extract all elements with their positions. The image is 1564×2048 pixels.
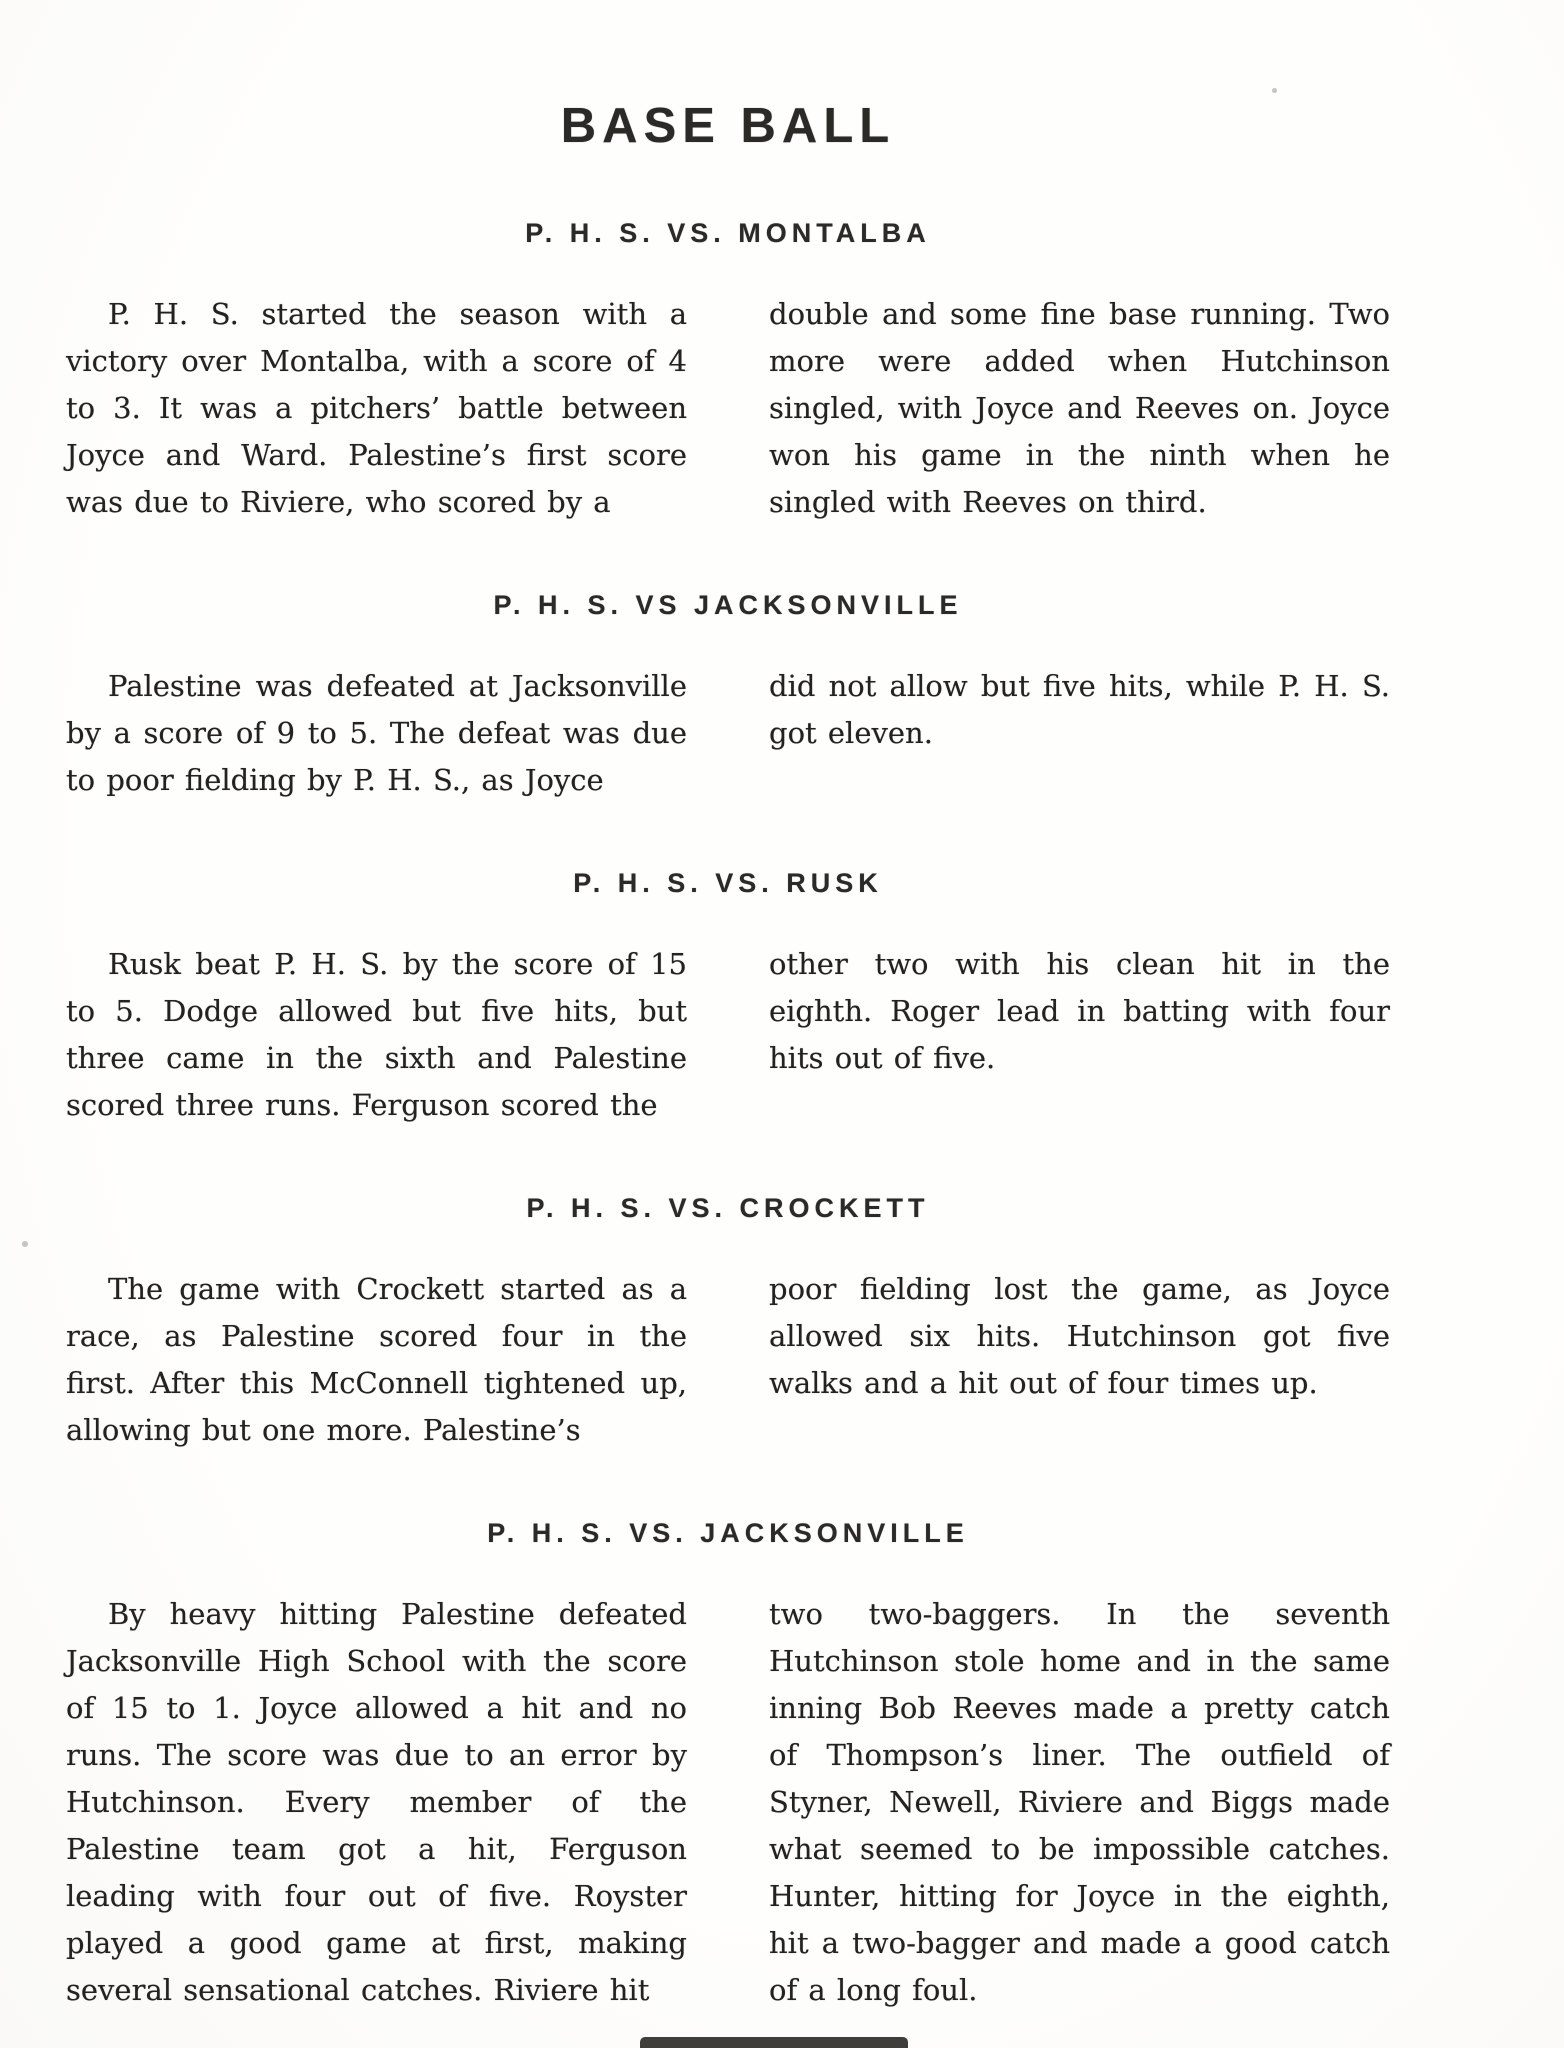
section-heading: P. H. S. VS. CROCKETT: [66, 1193, 1390, 1224]
two-column-text: Palestine was defeated at Jacksonville b…: [66, 663, 1390, 804]
section-heading: P. H. S. VS. JACKSONVILLE: [66, 1518, 1390, 1549]
right-column: other two with his clean hit in the eigh…: [769, 941, 1390, 1129]
left-column: By heavy hitting Palestine defeated Jack…: [66, 1591, 687, 2014]
left-column: P. H. S. started the season with a victo…: [66, 291, 687, 526]
left-column: The game with Crockett started as a race…: [66, 1266, 687, 1454]
section-heading: P. H. S. VS JACKSONVILLE: [66, 590, 1390, 621]
right-column: did not allow but five hits, while P. H.…: [769, 663, 1390, 804]
two-column-text: The game with Crockett started as a race…: [66, 1266, 1390, 1454]
section-heading: P. H. S. VS. MONTALBA: [66, 218, 1390, 249]
scan-artifact-bar: [640, 2037, 908, 2048]
right-column: poor fielding lost the game, as Joyce al…: [769, 1266, 1390, 1454]
right-column: double and some fine base running. Two m…: [769, 291, 1390, 526]
two-column-text: By heavy hitting Palestine defeated Jack…: [66, 1591, 1390, 2014]
left-column: Rusk beat P. H. S. by the score of 15 to…: [66, 941, 687, 1129]
two-column-text: Rusk beat P. H. S. by the score of 15 to…: [66, 941, 1390, 1129]
right-column: two two-baggers. In the seventh Hutchins…: [769, 1591, 1390, 2014]
two-column-text: P. H. S. started the season with a victo…: [66, 291, 1390, 526]
section-crockett: P. H. S. VS. CROCKETT The game with Croc…: [66, 1193, 1390, 1454]
page-title: BASE BALL: [66, 98, 1390, 154]
scan-speck: [22, 1241, 28, 1247]
section-rusk: P. H. S. VS. RUSK Rusk beat P. H. S. by …: [66, 868, 1390, 1129]
section-montalba: P. H. S. VS. MONTALBA P. H. S. started t…: [66, 218, 1390, 526]
scan-speck: [1272, 88, 1277, 93]
left-column: Palestine was defeated at Jacksonville b…: [66, 663, 687, 804]
section-jacksonville-1: P. H. S. VS JACKSONVILLE Palestine was d…: [66, 590, 1390, 804]
yearbook-page: BASE BALL P. H. S. VS. MONTALBA P. H. S.…: [0, 0, 1564, 2048]
section-heading: P. H. S. VS. RUSK: [66, 868, 1390, 899]
section-jacksonville-2: P. H. S. VS. JACKSONVILLE By heavy hitti…: [66, 1518, 1390, 2014]
